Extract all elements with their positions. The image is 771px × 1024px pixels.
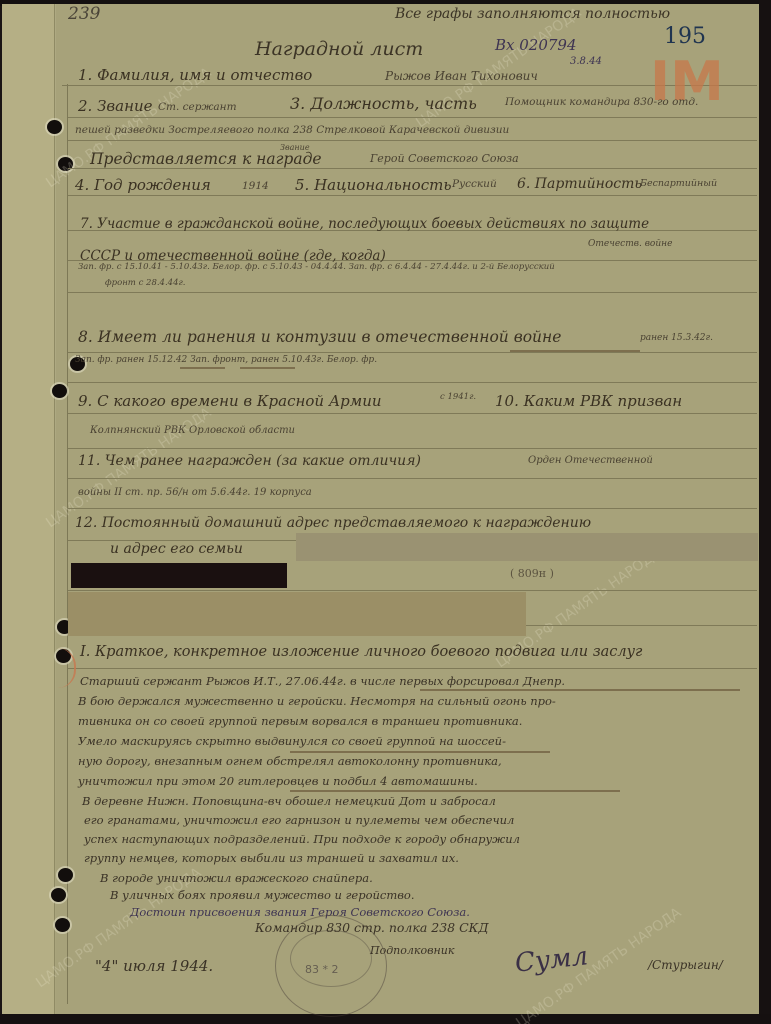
punch-hole	[58, 868, 73, 882]
redaction-tan-block	[68, 592, 526, 636]
award-annotation: Звание	[280, 143, 310, 152]
field-3-continuation: пешей разведки Зостреляевого полка 238 С…	[75, 124, 509, 136]
field-9-label: 9. С какого времени в Красной Армии	[78, 392, 382, 410]
feat-line: тивника он со своей группой первым ворва…	[78, 714, 522, 728]
document-title: Наградной лист	[255, 38, 423, 60]
feat-line: Умело маскируясь скрытно выдвинулся со с…	[78, 734, 506, 748]
pencil-underline	[180, 367, 225, 369]
pencil-underline	[290, 751, 550, 753]
official-stamp-inner	[290, 930, 372, 987]
scan-frame-bottom	[0, 1014, 771, 1024]
header-instruction: Все графы заполняются полностью	[395, 6, 670, 22]
pencil-underline	[510, 350, 640, 352]
field-11-label: 11. Чем ранее награжден (за какие отличи…	[78, 453, 421, 469]
feat-line: В деревне Нижн. Поповщина-вч обошел неме…	[82, 794, 496, 808]
ruled-line	[68, 292, 757, 293]
field-2-label: 2. Звание	[78, 97, 153, 115]
punch-hole	[47, 120, 62, 134]
ruled-line	[68, 590, 757, 591]
commander-line: Командир 830 стр. полка 238 СКД	[255, 920, 489, 935]
binding-stub	[2, 4, 55, 1014]
award-label: Представляется к награде	[90, 150, 322, 168]
field-10-label: 10. Каким РВК призван	[495, 392, 682, 410]
feat-line: Старший сержант Рыжов И.Т., 27.06.44г. в…	[80, 674, 565, 688]
feat-line: группу немцев, которых выбили из траншей…	[84, 851, 459, 865]
ruled-line	[68, 352, 757, 353]
field-1-value: Рыжов Иван Тихонович	[385, 69, 538, 83]
stamp-fragment: ( 809н )	[510, 567, 554, 580]
field-8-value: ранен 15.3.42г.	[640, 333, 713, 343]
registration-date: 3.8.44	[570, 56, 602, 67]
award-value: Герой Советского Союза	[370, 152, 519, 165]
field-12-continuation: и адрес его семьи	[110, 541, 243, 557]
feat-line: В уличных боях проявил мужество и геройс…	[110, 888, 415, 902]
redaction-address	[296, 533, 758, 561]
archive-page-number: 239	[68, 4, 100, 24]
field-12-label: 12. Постоянный домашний адрес представля…	[75, 515, 591, 531]
ruled-line	[68, 195, 757, 196]
ruled-line	[68, 668, 757, 669]
field-2-value: Ст. сержант	[158, 101, 237, 113]
feat-line: успех наступающих подразделений. При под…	[84, 832, 520, 846]
punch-hole	[55, 918, 70, 932]
field-3-label: 3. Должность, часть	[290, 94, 477, 113]
punch-hole	[51, 888, 66, 902]
redaction-black-bar	[71, 563, 287, 588]
ruled-line	[68, 117, 757, 118]
commander-rank: Подполковник	[370, 944, 454, 957]
sheet-number: 195	[664, 24, 706, 49]
field-7-value: Отечеств. войне	[588, 239, 672, 249]
scan-frame-right	[759, 0, 771, 1024]
field-11-value: Орден Отечественной	[528, 455, 653, 466]
field-10-continuation: Колпнянский РВК Орловской области	[90, 425, 295, 436]
field-4-value: 1914	[242, 180, 269, 192]
feat-line: В городе уничтожил вражеского снайпера.	[100, 871, 373, 885]
field-6-label: 6. Партийность	[517, 176, 642, 192]
ruled-line	[68, 508, 757, 509]
ruled-line	[68, 382, 757, 383]
pencil-underline	[240, 367, 295, 369]
feat-line: его гранатами, уничтожил его гарнизон и …	[84, 813, 514, 827]
ruled-line	[68, 478, 757, 479]
stamp-text: 83 * 2	[305, 963, 339, 976]
feat-line: Достоин присвоения звания Героя Советско…	[130, 905, 470, 919]
pencil-underline	[420, 689, 740, 691]
feat-line: уничтожил при этом 20 гитлеровцев и подб…	[78, 774, 478, 788]
field-1-label: 1. Фамилия, имя и отчество	[78, 66, 312, 84]
registration-number: Вх 020794	[495, 36, 577, 54]
margin-line	[67, 84, 68, 1004]
field-6-value: Беспартийный	[640, 178, 717, 189]
feat-line: В бою держался мужественно и геройски. Н…	[78, 694, 556, 708]
field-7-continuation-2: фронт с 28.4.44г.	[105, 278, 185, 288]
field-7-continuation: Зап. фр. с 15.10.41 - 5.10.43г. Белор. ф…	[78, 262, 555, 272]
feat-heading: I. Краткое, конкретное изложение личного…	[80, 644, 642, 660]
pencil-underline	[290, 790, 620, 792]
field-9-value: с 1941г.	[440, 392, 476, 402]
field-8-label: 8. Имеет ли ранения и контузии в отечест…	[78, 328, 561, 346]
feat-line: ную дорогу, внезапным огнем обстрелял ав…	[78, 754, 502, 768]
ruled-line	[68, 168, 757, 169]
field-5-value: Русский	[452, 178, 497, 190]
field-5-label: 5. Национальность	[295, 176, 452, 194]
field-3-value: Помощник командира 830-го отд.	[505, 96, 698, 108]
field-11-continuation: войны II ст. пр. 56/н от 5.6.44г. 19 кор…	[78, 487, 312, 498]
punch-hole	[52, 384, 67, 398]
signature-name: /Стурыгин/	[648, 958, 723, 972]
ruled-line	[68, 448, 757, 449]
ruled-line	[68, 140, 757, 141]
ruled-line	[68, 413, 757, 414]
field-4-label: 4. Год рождения	[75, 176, 211, 194]
field-8-continuation: Зап. фр. ранен 15.12.42 Зап. фронт, ране…	[75, 355, 377, 365]
document-date: "4" июля 1944.	[95, 957, 213, 975]
